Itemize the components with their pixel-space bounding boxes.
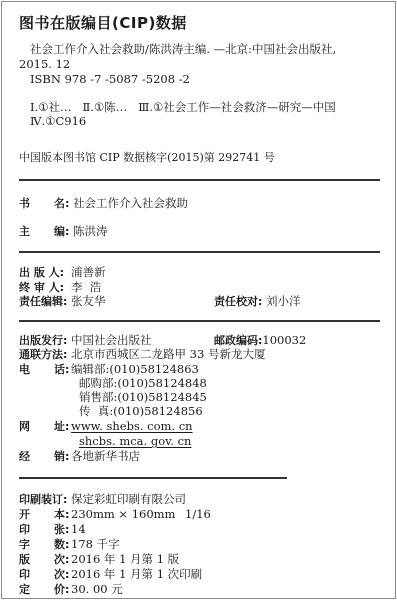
- distributor-row: 出版发行:中国社会出版社: [19, 333, 152, 348]
- format-label-2: 本:: [54, 508, 71, 522]
- impression-row: 印次:2016 年 1 月第 1 次印刷: [19, 567, 202, 582]
- edition-value: 2016 年 1 月第 1 版: [71, 552, 179, 566]
- seller-label-1: 经: [19, 450, 54, 464]
- divider-2: [19, 251, 380, 253]
- format-fraction: 1/16: [185, 507, 211, 521]
- price-label-2: 价:: [54, 583, 71, 597]
- editor-in-charge-value: 张友华: [71, 294, 106, 308]
- editor-in-charge-row: 责任编辑:张友华: [19, 294, 106, 309]
- book-title-label-1: 书: [19, 197, 54, 211]
- address-value: 北京市西城区二龙路甲 33 号新龙大厦: [71, 347, 265, 361]
- phone-mail-order: 邮购部:(010)58124848: [79, 376, 207, 390]
- cip-date-line: 2015. 12: [19, 57, 70, 71]
- divider-1: [19, 179, 380, 181]
- postcode-value: 100032: [262, 333, 306, 347]
- sheets-value: 14: [71, 522, 86, 536]
- seller-label-2: 销:: [54, 450, 71, 464]
- phone-fax: 传 真:(010)58124856: [79, 404, 203, 418]
- publisher-label: 出 版 人:: [19, 266, 71, 280]
- distributor-label: 出版发行:: [19, 334, 71, 348]
- divider-3: [19, 320, 380, 322]
- final-reviewer-row: 终 审 人:李 浩: [19, 280, 101, 295]
- price-row: 定价:30. 00 元: [19, 582, 123, 597]
- book-title-row: 书名: 社会工作介入社会救助: [19, 196, 188, 211]
- cip-classification-2: Ⅳ.①C916: [30, 114, 86, 128]
- cip-classification-1: Ⅰ.①社… Ⅱ.①陈… Ⅲ.①社会工作—社会救济—研究—中国: [30, 100, 336, 114]
- cip-isbn: ISBN 978 -7 -5087 -5208 -2: [30, 72, 190, 86]
- chief-editor-value: 陈洪涛: [73, 224, 108, 238]
- website-label-1: 网: [19, 420, 54, 434]
- final-reviewer-value: 李 浩: [71, 280, 101, 294]
- book-title-label-2: 名:: [54, 197, 69, 211]
- printer-label: 印刷装订:: [19, 493, 71, 507]
- proofreader-row: 责任校对:刘小洋: [214, 294, 301, 309]
- impression-label-1: 印: [19, 568, 54, 582]
- chief-editor-label-2: 编:: [54, 225, 69, 239]
- book-title-value: 社会工作介入社会救助: [73, 196, 188, 210]
- postcode-row: 邮政编码:100032: [214, 333, 306, 348]
- chief-editor-row: 主编: 陈洪涛: [19, 224, 108, 239]
- word-count-value: 178 千字: [71, 537, 120, 551]
- editor-in-charge-label: 责任编辑:: [19, 295, 71, 309]
- format-label-1: 开: [19, 508, 54, 522]
- divider-4: [19, 477, 287, 479]
- address-label: 通联方法:: [19, 348, 71, 362]
- chief-editor-label-1: 主: [19, 225, 54, 239]
- seller-row: 经销:各地新华书店: [19, 449, 140, 464]
- publisher-row: 出 版 人:浦善新: [19, 265, 106, 280]
- seller-value: 各地新华书店: [71, 449, 140, 463]
- cip-heading: 图书在版编目(CIP)数据: [19, 12, 187, 33]
- impression-label-2: 次:: [54, 568, 71, 582]
- website-row: 网址:www. shebs. com. cn: [19, 419, 193, 434]
- website-label-2: 址:: [54, 420, 71, 434]
- price-label-1: 定: [19, 583, 54, 597]
- sheets-label-1: 印: [19, 523, 54, 537]
- website-link-2[interactable]: shcbs. mca. gov. cn: [79, 434, 191, 448]
- format-row: 开本:230mm × 160mm: [19, 507, 175, 522]
- edition-label-1: 版: [19, 553, 54, 567]
- address-row: 通联方法:北京市西城区二龙路甲 33 号新龙大厦: [19, 347, 265, 362]
- phone-label-1: 电: [19, 363, 54, 377]
- printer-value: 保定彩虹印刷有限公司: [71, 492, 186, 506]
- edition-label-2: 次:: [54, 553, 71, 567]
- proofreader-label: 责任校对:: [214, 295, 266, 309]
- word-count-row: 字数:178 千字: [19, 537, 120, 552]
- edition-row: 版次:2016 年 1 月第 1 版: [19, 552, 179, 567]
- phone-editorial: 编辑部:(010)58124863: [71, 362, 199, 376]
- format-value: 230mm × 160mm: [71, 507, 175, 521]
- price-value: 30. 00 元: [71, 582, 123, 596]
- word-count-label-1: 字: [19, 538, 54, 552]
- final-reviewer-label: 终 审 人:: [19, 281, 71, 295]
- word-count-label-2: 数:: [54, 538, 71, 552]
- cip-record-number: 中国版本图书馆 CIP 数据核字(2015)第 292741 号: [19, 151, 275, 165]
- sheets-label-2: 张:: [54, 523, 71, 537]
- impression-value: 2016 年 1 月第 1 次印刷: [71, 567, 202, 581]
- sheets-row: 印张:14: [19, 522, 86, 537]
- printer-row: 印刷装订:保定彩虹印刷有限公司: [19, 492, 186, 507]
- phone-label-2: 话:: [54, 363, 71, 377]
- copyright-page: 图书在版编目(CIP)数据 社会工作介入社会救助/陈洪涛主编. —北京:中国社会…: [1, 1, 396, 599]
- publisher-value: 浦善新: [71, 265, 106, 279]
- website-link-1[interactable]: www. shebs. com. cn: [71, 419, 193, 433]
- phone-sales: 销售部:(010)58124845: [79, 390, 207, 404]
- cip-bibliographic-line: 社会工作介入社会救助/陈洪涛主编. —北京:中国社会出版社,: [30, 42, 336, 56]
- phone-row: 电话:编辑部:(010)58124863: [19, 362, 199, 377]
- distributor-value: 中国社会出版社: [71, 333, 152, 347]
- proofreader-value: 刘小洋: [266, 294, 301, 308]
- postcode-label: 邮政编码:: [214, 334, 262, 348]
